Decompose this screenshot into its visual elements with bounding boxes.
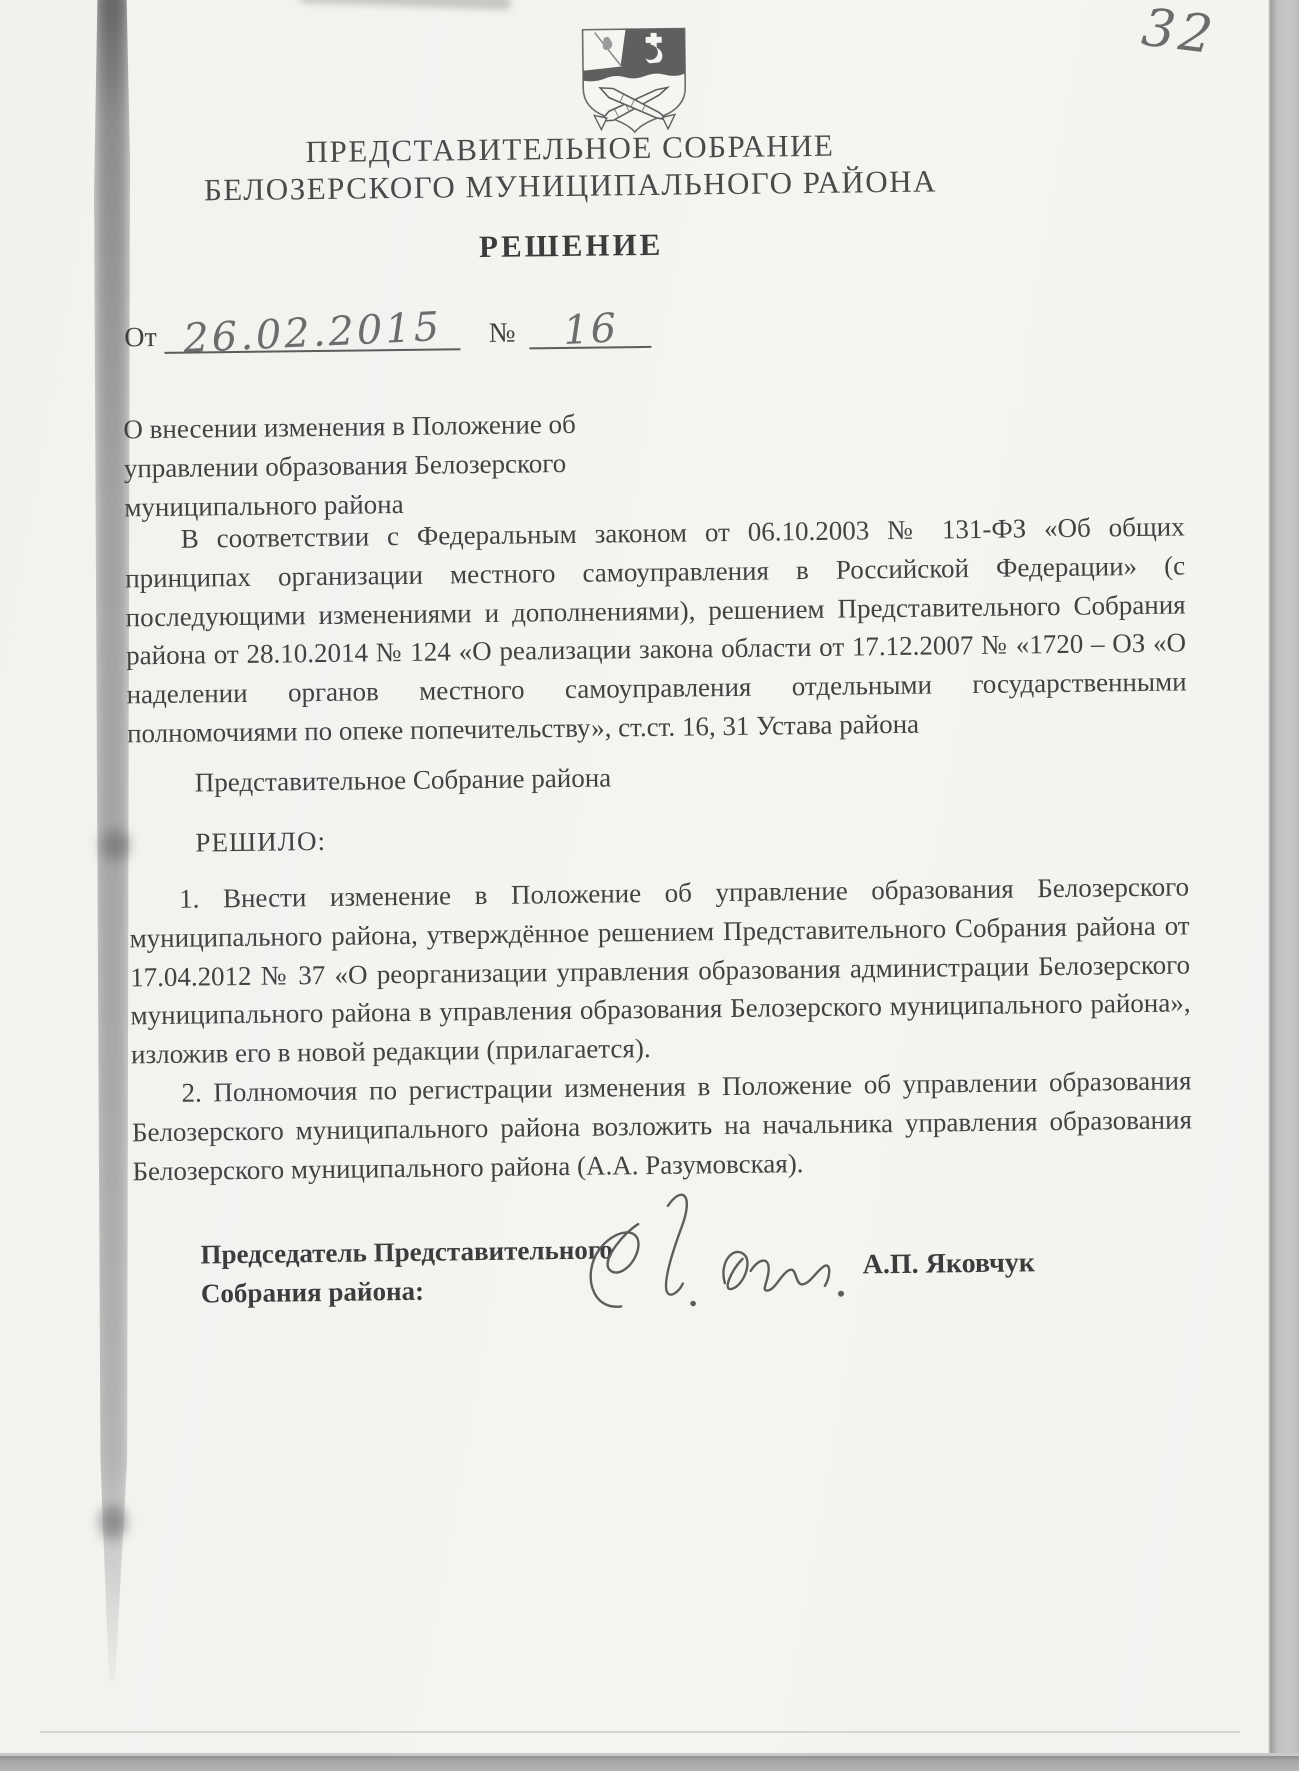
handwritten-number: 16 [562, 311, 618, 348]
preamble-paragraph: В соответствии с Федеральным законом от … [125, 507, 1188, 753]
signer-name: А.П. Яковчук [862, 1247, 1035, 1281]
signature-title: Председатель Представительного Собрания … [200, 1230, 613, 1313]
signature-icon [572, 1185, 884, 1334]
resolution-item-1: 1. Внести изменение в Положение об управ… [129, 867, 1191, 1074]
document-subject: О внесении изменения в Положение об упра… [123, 405, 577, 528]
assembly-line: Представительное Собрание района [195, 762, 612, 798]
number-prefix-label: № [489, 318, 516, 350]
number-underline: 16 [529, 312, 651, 349]
document-page: 32 [0, 0, 1299, 1771]
handwritten-date: 26.02.2015 [183, 310, 443, 356]
date-prefix-label: От [124, 322, 157, 354]
resolution-item-2: 2. Полномочия по регистрации изменения в… [131, 1061, 1192, 1190]
coat-of-arms-icon [567, 23, 700, 137]
resolved-heading: РЕШИЛО: [195, 826, 326, 859]
date-number-line: От 26.02.2015 № 16 [124, 312, 652, 354]
resolution-items: 1. Внести изменение в Положение об управ… [129, 867, 1193, 1190]
document-type-heading: РЕШЕНИЕ [0, 221, 1150, 271]
document-content: ПРЕДСТАВИТЕЛЬНОЕ СОБРАНИЕ БЕЛОЗЕРСКОГО М… [0, 0, 1299, 1771]
date-underline: 26.02.2015 [164, 314, 460, 354]
